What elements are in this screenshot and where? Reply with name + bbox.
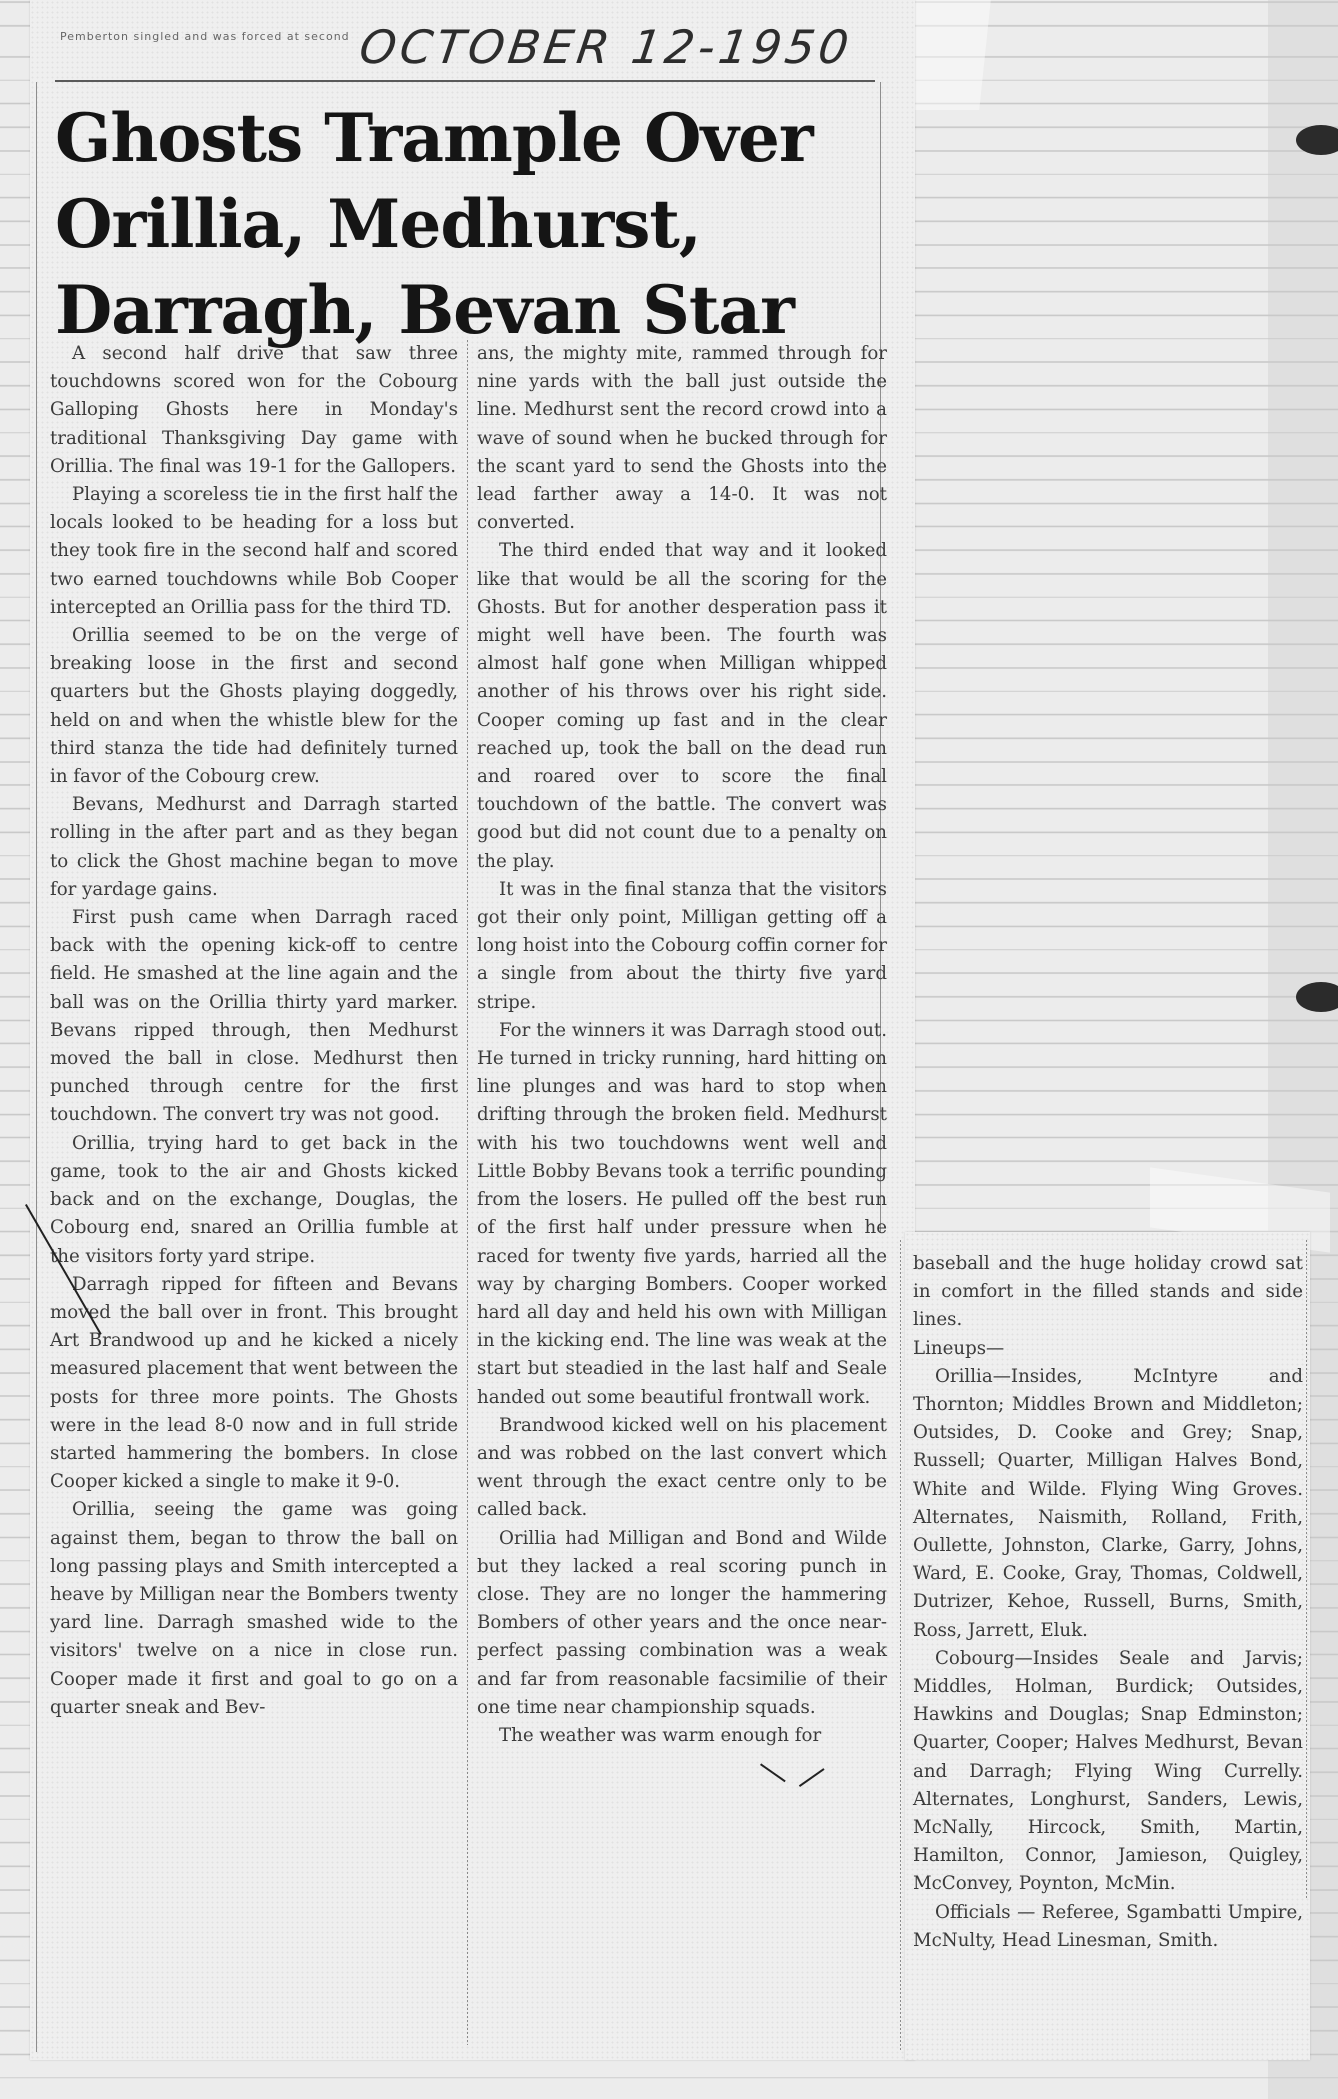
officials: Officials — Referee, Sgambatti Umpire, M… <box>913 1899 1303 1955</box>
column-separator <box>467 340 468 2045</box>
paragraph: Brandwood kicked well on his placement a… <box>477 1412 887 1525</box>
column-separator <box>900 1240 901 2050</box>
column-separator <box>1306 1240 1307 1900</box>
paragraph: A second half drive that saw three touch… <box>50 340 458 481</box>
paragraph: Orillia, seeing the game was going again… <box>50 1496 458 1722</box>
punch-hole-icon <box>1296 982 1338 1012</box>
paragraph: Orillia, trying hard to get back in the … <box>50 1130 458 1271</box>
paragraph: Darragh ripped for fifteen and Bevans mo… <box>50 1271 458 1497</box>
cobourg-lineup: Cobourg—Insides Seale and Jarvis; Middle… <box>913 1645 1303 1899</box>
paragraph: Orillia had Milligan and Bond and Wilde … <box>477 1525 887 1722</box>
clipping-border-left <box>36 82 37 2052</box>
article-column-3: baseball and the huge holiday crowd sat … <box>913 1250 1303 1955</box>
orillia-lineup: Orillia—Insides, McIntyre and Thornton; … <box>913 1363 1303 1645</box>
paragraph: Playing a scoreless tie in the first hal… <box>50 481 458 622</box>
handwritten-date: OCTOBER 12-1950 <box>356 20 856 74</box>
paragraph: It was in the final stanza that the visi… <box>477 876 887 1017</box>
paragraph: ans, the mighty mite, rammed through for… <box>477 340 887 537</box>
punch-hole-icon <box>1296 125 1338 155</box>
lineups-heading: Lineups— <box>913 1335 1303 1363</box>
article-column-2: ans, the mighty mite, rammed through for… <box>477 340 887 1750</box>
paragraph: The weather was warm enough for <box>477 1722 887 1750</box>
paragraph: The third ended that way and it looked l… <box>477 537 887 875</box>
paragraph: First push came when Darragh raced back … <box>50 904 458 1130</box>
paragraph: For the winners it was Darragh stood out… <box>477 1017 887 1412</box>
paragraph: baseball and the huge holiday crowd sat … <box>913 1250 1303 1335</box>
article-column-1: A second half drive that saw three touch… <box>50 340 458 1722</box>
paragraph: Orillia seemed to be on the verge of bre… <box>50 622 458 791</box>
paragraph: Bevans, Medhurst and Darragh started rol… <box>50 791 458 904</box>
headline: Ghosts Trample Over Orillia, Medhurst, D… <box>55 95 875 353</box>
